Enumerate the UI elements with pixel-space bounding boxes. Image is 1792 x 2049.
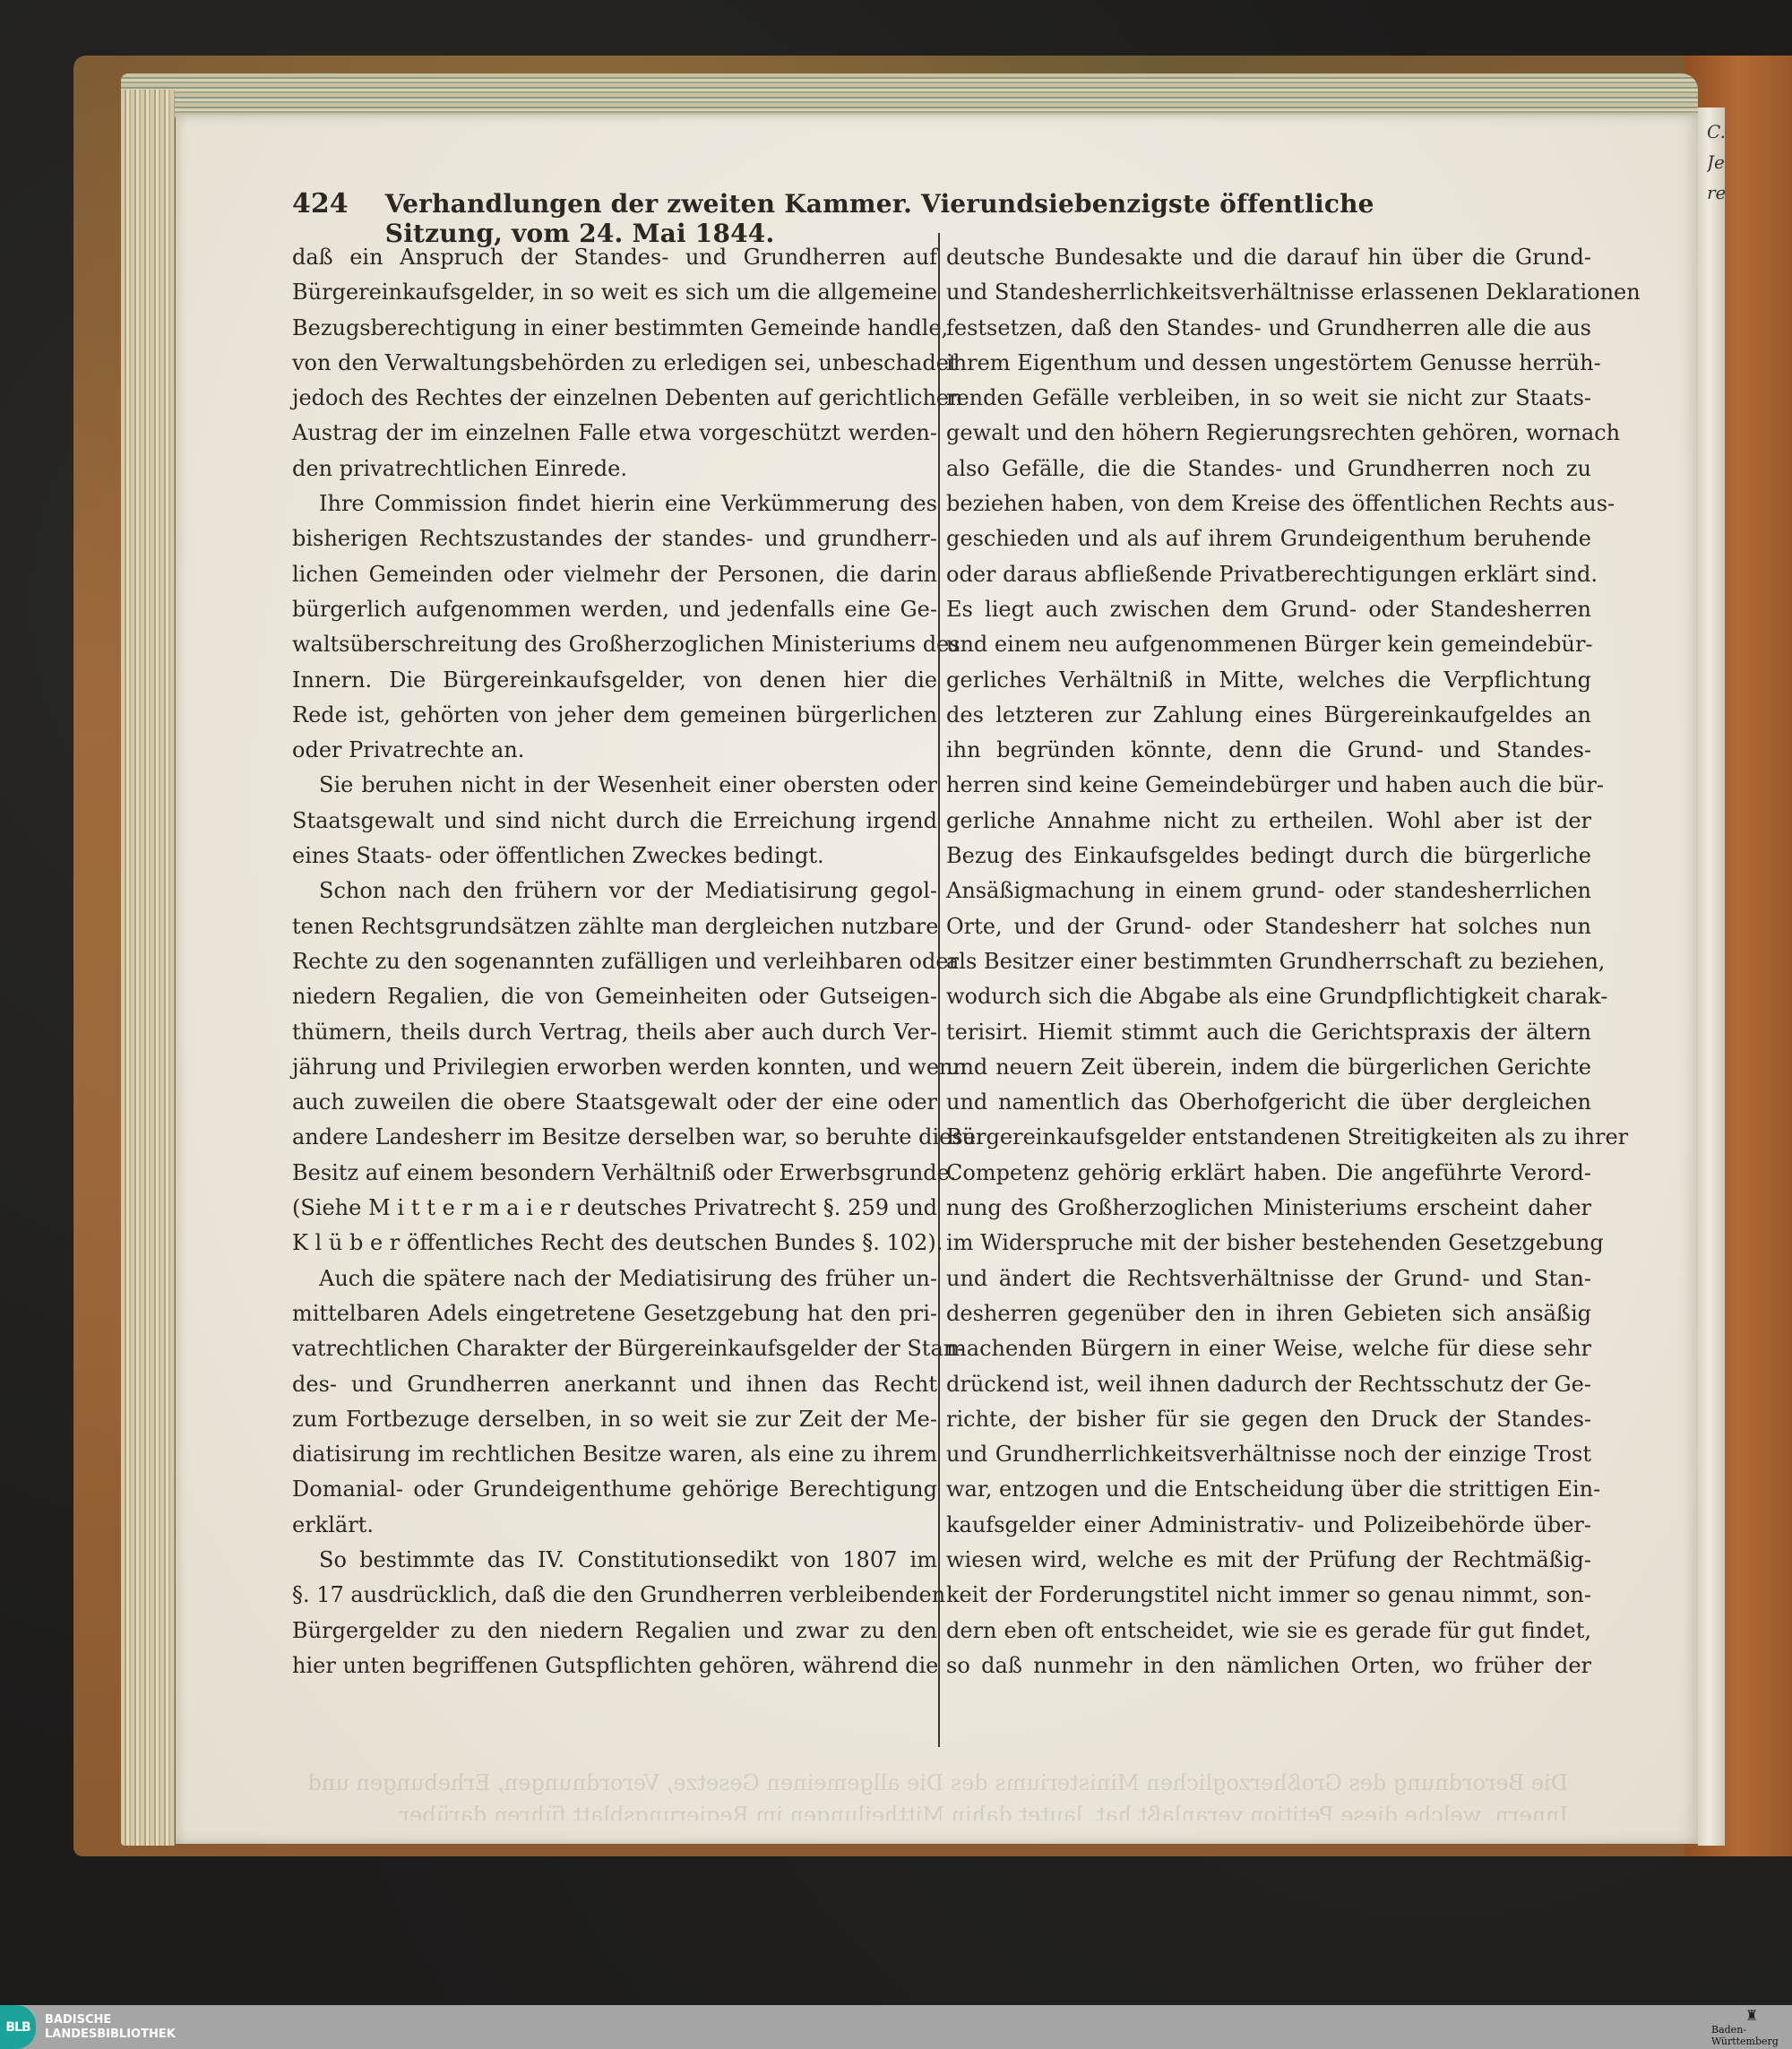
text-line: Innern. Die Bürgereinkaufsgelder, von de… — [292, 663, 937, 698]
text-line: hier unten begriffenen Gutspflichten geh… — [292, 1649, 937, 1683]
text-line: renden Gefälle verbleiben, in so weit si… — [946, 381, 1591, 416]
text-line: Rechte zu den sogenannten zufälligen und… — [292, 944, 937, 979]
text-line: im Widerspruche mit der bisher bestehend… — [946, 1226, 1591, 1261]
text-line: also Gefälle, die die Standes- und Grund… — [946, 452, 1591, 486]
text-line: Ihre Commission findet hierin eine Verkü… — [292, 486, 937, 521]
text-line: gewalt und den höhern Regierungsrechten … — [946, 416, 1591, 451]
bleed-line: Innern, welche diese Petition veranlaßt … — [296, 1799, 1568, 1821]
text-line: und neuern Zeit überein, indem die bürge… — [946, 1050, 1591, 1085]
text-line: bürgerlich aufgenommen werden, und jeden… — [292, 592, 937, 627]
text-line: von den Verwaltungsbehörden zu erledigen… — [292, 346, 937, 381]
text-line: zum Fortbezuge derselben, in so weit sie… — [292, 1402, 937, 1437]
text-line: drückend ist, weil ihnen dadurch der Rec… — [946, 1367, 1591, 1402]
book-gutter — [1698, 108, 1725, 1846]
library-name-line1: BADISCHE — [45, 2013, 176, 2027]
text-line: geschieden und als auf ihrem Grundeigent… — [946, 521, 1591, 556]
right-text-column: deutsche Bundesakte und die darauf hin ü… — [946, 240, 1591, 1683]
library-name: BADISCHE LANDESBIBLIOTHEK — [45, 2013, 176, 2042]
text-line: Es liegt auch zwischen dem Grund- oder S… — [946, 592, 1591, 627]
text-line: Austrag der im einzelnen Falle etwa vorg… — [292, 416, 937, 451]
text-line: So bestimmte das IV. Constitutionsedikt … — [292, 1543, 937, 1578]
page-edges-left — [121, 90, 175, 1846]
state-crest-icon: ♜ — [1745, 2008, 1758, 2024]
text-line: herren sind keine Gemeindebürger und hab… — [946, 768, 1591, 803]
text-line: ihn begründen könnte, denn die Grund- un… — [946, 733, 1591, 768]
text-line: und einem neu aufgenommenen Bürger kein … — [946, 627, 1591, 662]
text-line: Schon nach den frühern vor der Mediatisi… — [292, 874, 937, 908]
text-line: tenen Rechtsgrundsätzen zählte man dergl… — [292, 909, 937, 944]
text-line: den privatrechtlichen Einrede. — [292, 452, 937, 486]
text-line: (Siehe M i t t e r m a i e r deutsches P… — [292, 1191, 937, 1226]
text-line: §. 17 ausdrücklich, daß die den Grundher… — [292, 1578, 937, 1613]
text-line: andere Landesherr im Besitze derselben w… — [292, 1120, 937, 1155]
page-number: 424 — [292, 188, 385, 220]
text-line: oder Privatrechte an. — [292, 733, 937, 768]
text-line: Sie beruhen nicht in der Wesenheit einer… — [292, 768, 937, 803]
text-line: eines Staats- oder öffentlichen Zweckes … — [292, 839, 937, 874]
text-line: Ansäßigmachung in einem grund- oder stan… — [946, 874, 1591, 908]
text-line: lichen Gemeinden oder vielmehr der Perso… — [292, 557, 937, 592]
state-name: Baden-Württemberg — [1711, 2024, 1792, 2047]
text-line: thümern, theils durch Vertrag, theils ab… — [292, 1015, 937, 1050]
text-line: Bürgereinkaufsgelder entstandenen Streit… — [946, 1120, 1591, 1155]
library-branding[interactable]: BLB BADISCHE LANDESBIBLIOTHEK — [0, 2005, 176, 2049]
text-line: Domanial- oder Grundeigenthume gehörige … — [292, 1472, 937, 1507]
text-line: Staatsgewalt und sind nicht durch die Er… — [292, 804, 937, 839]
text-line: Competenz gehörig erklärt haben. Die ang… — [946, 1156, 1591, 1191]
text-line: Bezugsberechtigung in einer bestimmten G… — [292, 311, 937, 346]
text-line: nung des Großherzoglichen Ministeriums e… — [946, 1191, 1591, 1226]
text-line: Auch die spätere nach der Mediatisirung … — [292, 1261, 937, 1296]
text-line: kaufsgelder einer Administrativ- und Pol… — [946, 1508, 1591, 1543]
text-line: des letzteren zur Zahlung eines Bürgerei… — [946, 698, 1591, 733]
text-line: beziehen haben, von dem Kreise des öffen… — [946, 486, 1591, 521]
text-line: und Grundherrlichkeitsverhältnisse noch … — [946, 1437, 1591, 1472]
text-line: richte, der bisher für sie gegen den Dru… — [946, 1402, 1591, 1437]
text-line: oder daraus abfließende Privatberechtigu… — [946, 557, 1591, 592]
bleed-line: Die Berordnung des Großherzoglichen Mini… — [296, 1767, 1568, 1799]
blb-logo-icon: BLB — [0, 2005, 36, 2049]
text-line: keit der Forderungstitel nicht immer so … — [946, 1578, 1591, 1613]
text-line: festsetzen, daß den Standes- und Grundhe… — [946, 311, 1591, 346]
text-line: und ändert die Rechtsverhältnisse der Gr… — [946, 1261, 1591, 1296]
text-line: vatrechtlichen Charakter der Bürgereinka… — [292, 1331, 937, 1366]
text-line: Orte, und der Grund- oder Standesherr ha… — [946, 909, 1591, 944]
text-line: des- und Grundherren anerkannt und ihnen… — [292, 1367, 937, 1402]
text-line: machenden Bürgern in einer Weise, welche… — [946, 1331, 1591, 1366]
state-branding[interactable]: ♜ Baden-Württemberg — [1711, 2008, 1792, 2047]
text-line: und namentlich das Oberhofgericht die üb… — [946, 1085, 1591, 1120]
text-line: jährung und Privilegien erworben werden … — [292, 1050, 937, 1085]
text-line: daß ein Anspruch der Standes- und Grundh… — [292, 240, 937, 275]
text-line: deutsche Bundesakte und die darauf hin ü… — [946, 240, 1591, 275]
text-line: Besitz auf einem besondern Verhältniß od… — [292, 1156, 937, 1191]
text-line: so daß nunmehr in den nämlichen Orten, w… — [946, 1649, 1591, 1683]
adjacent-fragment-line: C. — [1707, 116, 1725, 147]
text-line: als Besitzer einer bestimmten Grundherrs… — [946, 944, 1591, 979]
adjacent-fragment-line: Jeh — [1707, 147, 1725, 177]
running-head: 424 Verhandlungen der zweiten Kammer. Vi… — [292, 188, 1493, 228]
page-edges-top — [121, 73, 1698, 118]
bleed-through-text: Die Berordnung des Großherzoglichen Mini… — [296, 1767, 1568, 1821]
text-line: ihrem Eigenthum und dessen ungestörtem G… — [946, 346, 1591, 381]
text-line: Bürgereinkaufsgelder, in so weit es sich… — [292, 275, 937, 310]
text-line: jedoch des Rechtes der einzelnen Debente… — [292, 381, 937, 416]
footer-bar: BLB BADISCHE LANDESBIBLIOTHEK ♜ Baden-Wü… — [0, 2005, 1792, 2049]
text-line: Bürgergelder zu den niedern Regalien und… — [292, 1614, 937, 1649]
text-line: auch zuweilen die obere Staatsgewalt ode… — [292, 1085, 937, 1120]
text-line: niedern Regalien, die von Gemeinheiten o… — [292, 979, 937, 1014]
left-text-column: daß ein Anspruch der Standes- und Grundh… — [292, 240, 937, 1683]
column-divider — [938, 233, 940, 1747]
text-line: Bezug des Einkaufsgeldes bedingt durch d… — [946, 839, 1591, 874]
text-line: wodurch sich die Abgabe als eine Grundpf… — [946, 979, 1591, 1014]
library-name-line2: LANDESBIBLIOTHEK — [45, 2027, 176, 2042]
text-line: waltsüberschreitung des Großherzoglichen… — [292, 627, 937, 662]
adjacent-page-fragment: C. Jeh rer — [1707, 116, 1725, 242]
text-line: terisirt. Hiemit stimmt auch die Gericht… — [946, 1015, 1591, 1050]
text-line: gerliches Verhältniß in Mitte, welches d… — [946, 663, 1591, 698]
text-line: gerliche Annahme nicht zu ertheilen. Woh… — [946, 804, 1591, 839]
text-line: und Standesherrlichkeitsverhältnisse erl… — [946, 275, 1591, 310]
text-line: K l ü b e r öffentliches Recht des deuts… — [292, 1226, 937, 1261]
text-line: wiesen wird, welche es mit der Prüfung d… — [946, 1543, 1591, 1578]
text-line: diatisirung im rechtlichen Besitze waren… — [292, 1437, 937, 1472]
text-line: dern eben oft entscheidet, wie sie es ge… — [946, 1614, 1591, 1649]
adjacent-fragment-line: rer — [1707, 177, 1725, 208]
text-line: Rede ist, gehörten von jeher dem gemeine… — [292, 698, 937, 733]
text-line: war, entzogen und die Entscheidung über … — [946, 1472, 1591, 1507]
text-line: desherren gegenüber den in ihren Gebiete… — [946, 1296, 1591, 1331]
text-line: bisherigen Rechtszustandes der standes- … — [292, 521, 937, 556]
text-line: erklärt. — [292, 1508, 937, 1543]
text-line: mittelbaren Adels eingetretene Gesetzgeb… — [292, 1296, 937, 1331]
